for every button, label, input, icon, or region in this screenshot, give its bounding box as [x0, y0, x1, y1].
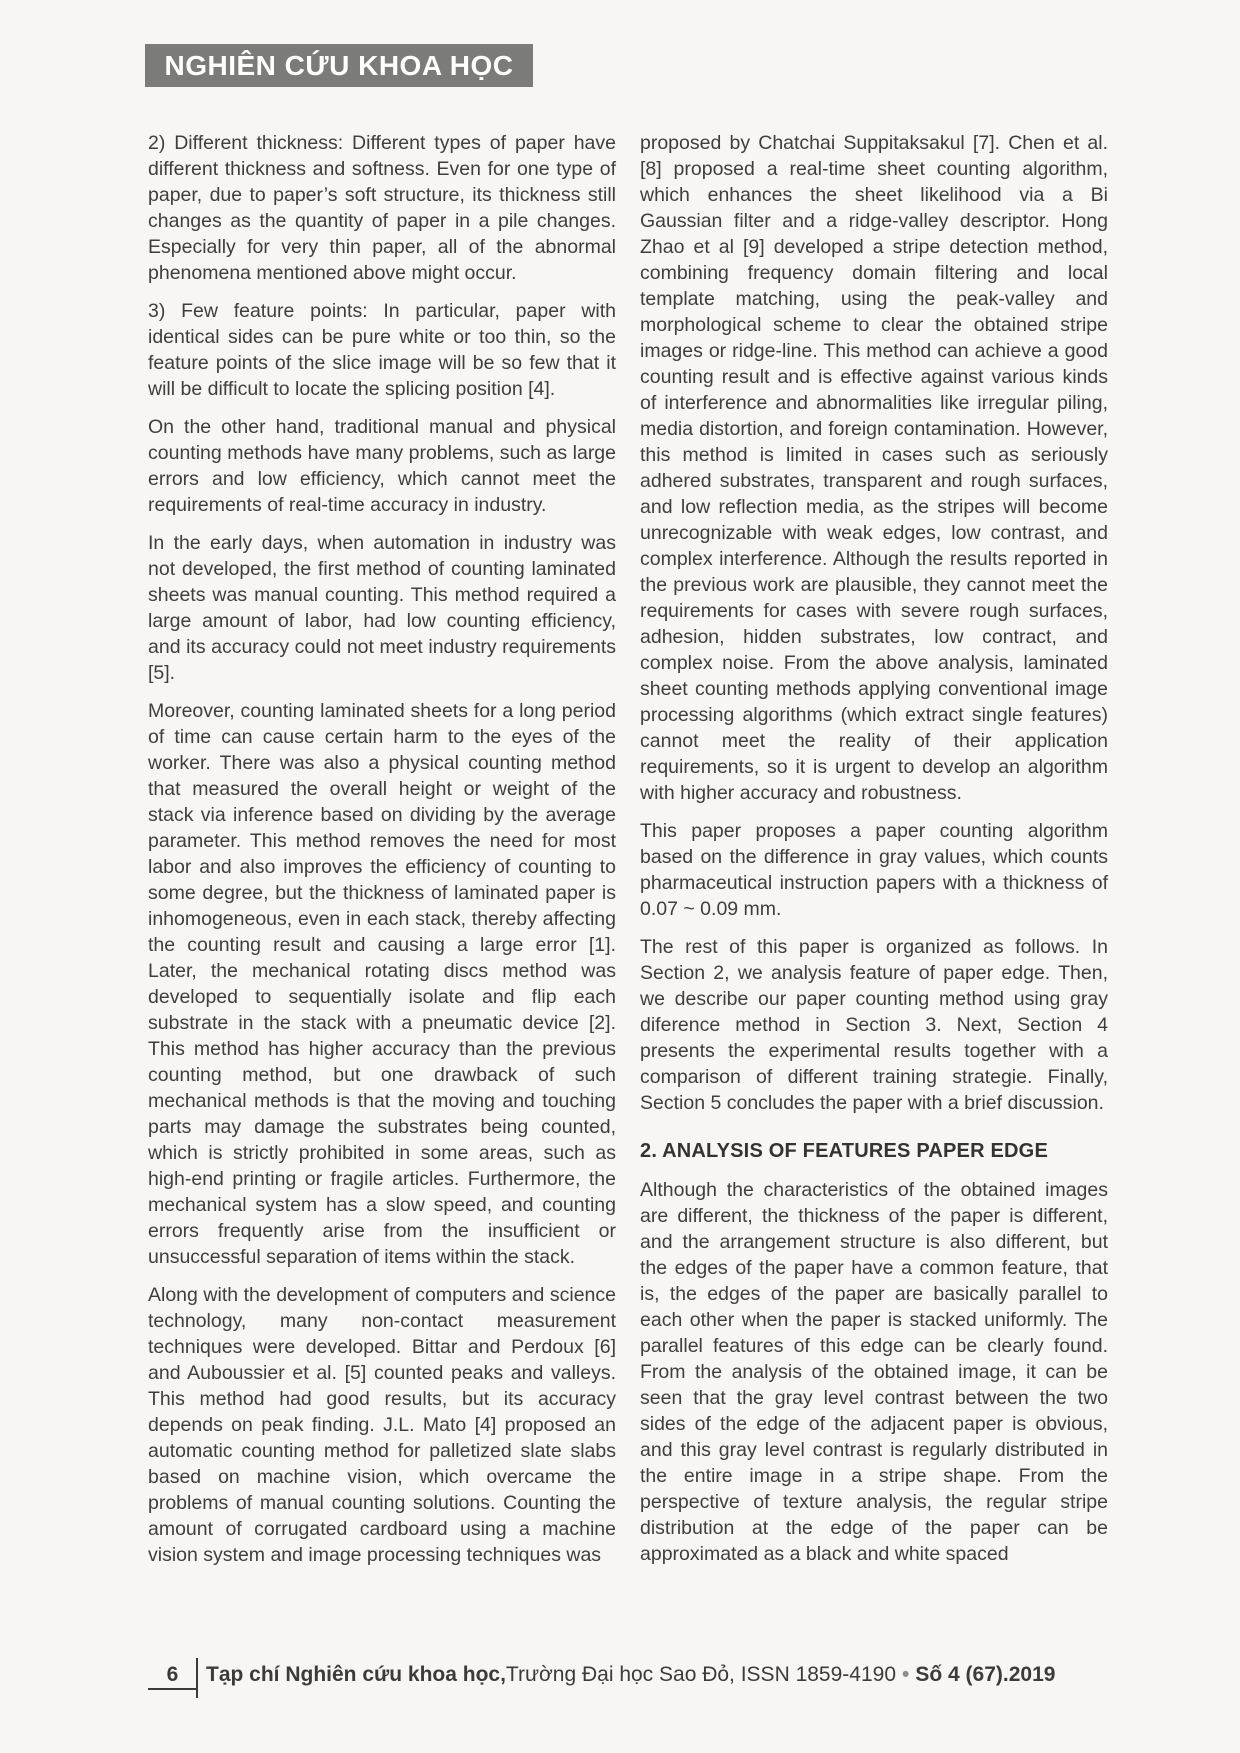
paragraph: proposed by Chatchai Suppitaksakul [7]. … — [640, 130, 1108, 806]
paragraph: 3) Few feature points: In particular, pa… — [148, 298, 616, 402]
footer-bullet: • — [902, 1663, 909, 1686]
footer-divider — [196, 1658, 198, 1698]
issue-info: Số 4 (67).2019 — [915, 1663, 1055, 1686]
section-header-label: NGHIÊN CỨU KHOA HỌC — [164, 50, 513, 82]
paragraph: 2) Different thickness: Different types … — [148, 130, 616, 286]
left-column: 2) Different thickness: Different types … — [148, 130, 616, 1580]
right-column: proposed by Chatchai Suppitaksakul [7]. … — [640, 130, 1108, 1580]
journal-page: NGHIÊN CỨU KHOA HỌC 2) Different thickne… — [0, 0, 1240, 1753]
page-number: 6 — [148, 1663, 197, 1687]
section-heading: 2. ANALYSIS OF FEATURES PAPER EDGE — [640, 1140, 1108, 1163]
footer-journal-line: Tạp chí Nghiên cứu khoa học,Trường Đại h… — [206, 1663, 1055, 1687]
article-body: 2) Different thickness: Different types … — [148, 130, 1108, 1580]
paragraph: On the other hand, traditional manual an… — [148, 414, 616, 518]
section-header-banner: NGHIÊN CỨU KHOA HỌC — [145, 44, 533, 87]
paragraph: Although the characteristics of the obta… — [640, 1177, 1108, 1567]
journal-name: Tạp chí Nghiên cứu khoa học, — [206, 1663, 506, 1686]
paragraph: In the early days, when automation in in… — [148, 530, 616, 686]
paragraph: This paper proposes a paper counting alg… — [640, 818, 1108, 922]
page-footer: 6 Tạp chí Nghiên cứu khoa học,Trường Đại… — [0, 1645, 1240, 1700]
paragraph: Along with the development of computers … — [148, 1282, 616, 1568]
journal-affiliation: Trường Đại học Sao Đỏ, ISSN 1859-4190 — [506, 1663, 896, 1686]
paragraph: The rest of this paper is organized as f… — [640, 934, 1108, 1116]
page-number-underline — [148, 1688, 197, 1690]
paragraph: Moreover, counting laminated sheets for … — [148, 698, 616, 1270]
